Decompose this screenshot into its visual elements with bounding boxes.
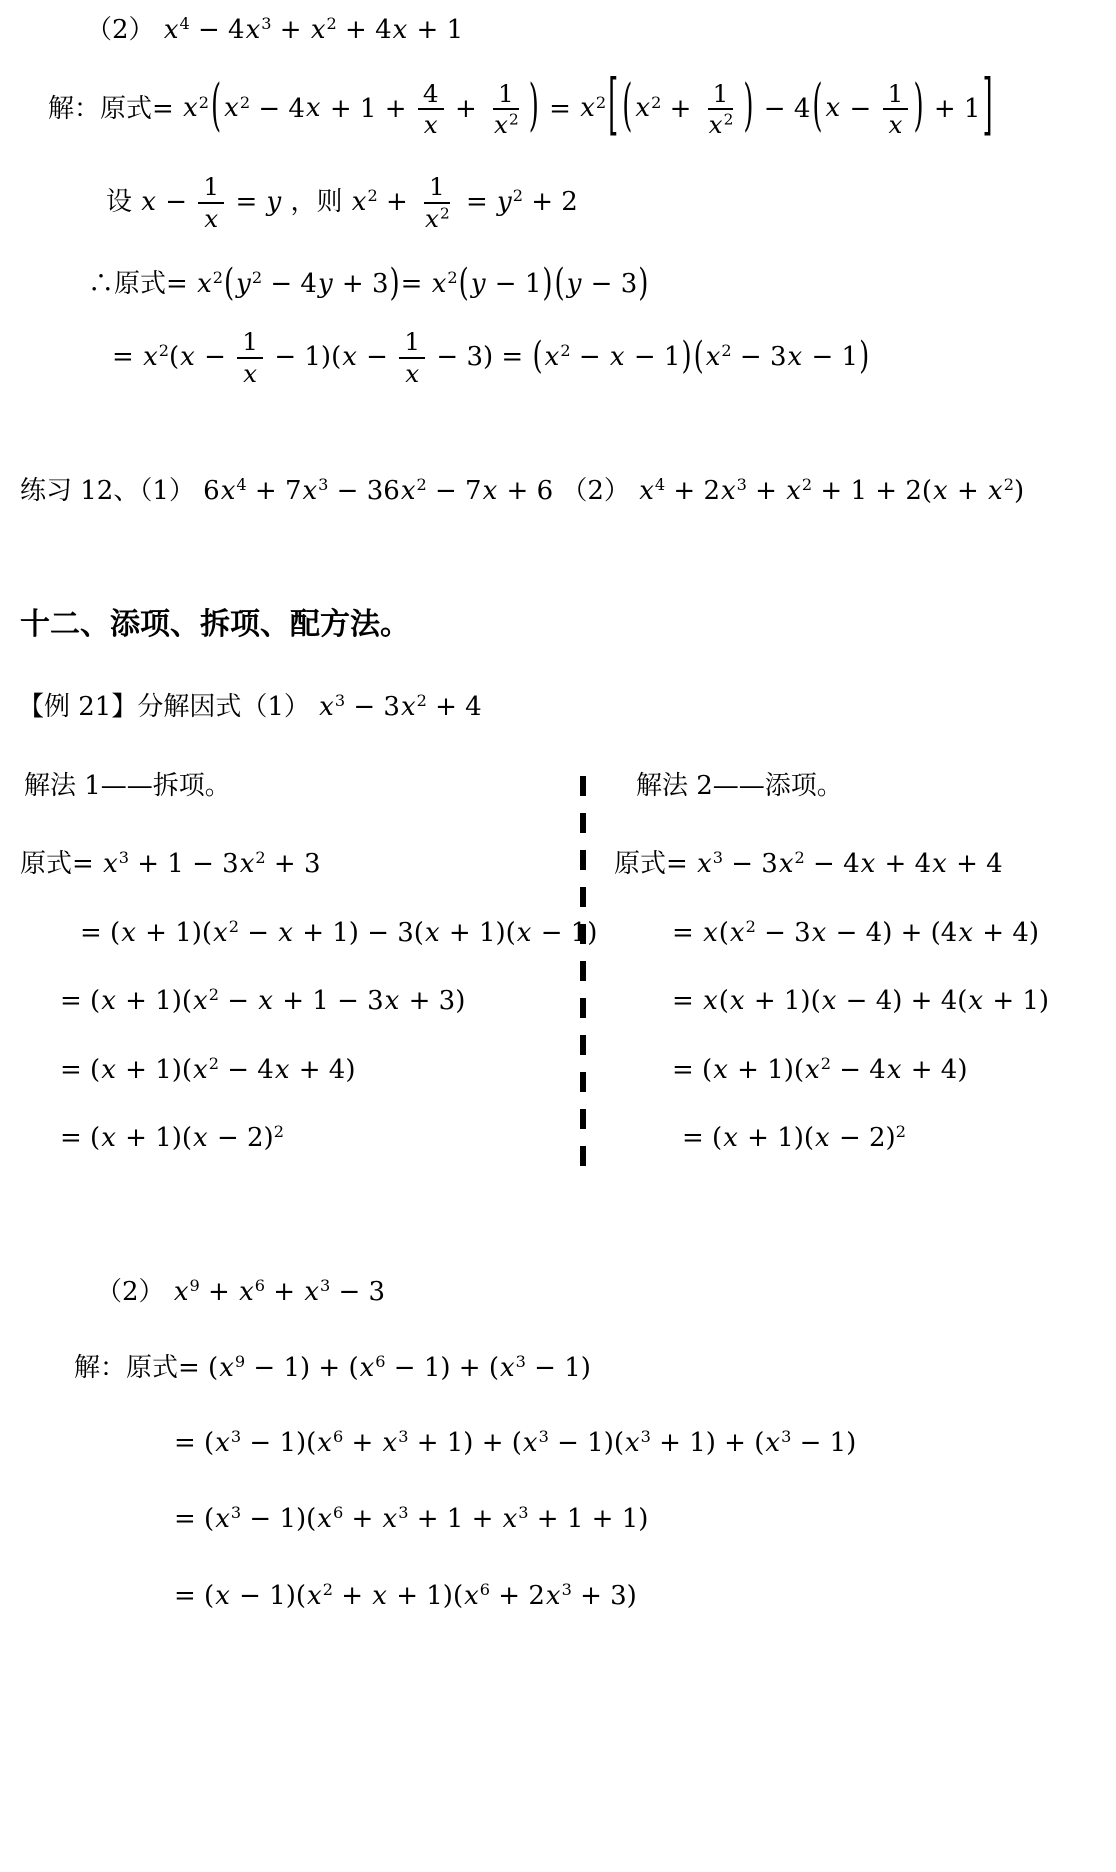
method-2-step: = x(x2 − 3x − 4) + (4x + 4) [672,917,1116,950]
method-1-column: 解法 1——拆项。 原式= x3 + 1 − 3x2 + 3 = (x + 1)… [20,770,560,1155]
solution-x9-step-1: 解：原式= (x9 − 1) + (x6 − 1) + (x3 − 1) [74,1352,1116,1385]
solution-x4-step-2: 设 x − 1x = y ，则 x2 + 1x2 = y2 + 2 [106,174,1116,232]
method-1-step: = (x + 1)(x2 − 4x + 4) [60,1054,560,1087]
solution-x9-step-2: = (x3 − 1)(x6 + x3 + 1) + (x3 − 1)(x3 + … [174,1427,1116,1460]
column-divider [580,776,586,1168]
problem-2-x4-line: （2） x4 − 4x3 + x2 + 4x + 1 [86,14,1116,47]
example-21-part-2: （2） x9 + x6 + x3 − 3 解：原式= (x9 − 1) + (x… [0,1276,1116,1613]
method-2-step: = (x + 1)(x2 − 4x + 4) [672,1054,1116,1087]
problem-2-x9-line: （2） x9 + x6 + x3 − 3 [96,1276,1116,1309]
example-20-continued-section: （2） x4 − 4x3 + x2 + 4x + 1 解：原式= x2(x2 −… [0,14,1116,387]
method-1-step: = (x + 1)(x2 − x + 1 − 3x + 3) [60,985,560,1018]
method-2-step: 原式= x3 − 3x2 − 4x + 4x + 4 [614,848,1116,881]
exercise-12-line: 练习 12、（1） 6x4 + 7x3 − 36x2 − 7x + 6 （2） … [20,475,1116,508]
page: （2） x4 − 4x3 + x2 + 4x + 1 解：原式= x2(x2 −… [0,0,1116,1872]
method-1-step: = (x + 1)(x − 2)2 [60,1122,560,1155]
solution-x4-step-4: = x2(x − 1x − 1)(x − 1x − 3) = (x2 − x −… [112,329,1116,387]
section-12-heading: 十二、添项、拆项、配方法。 [20,599,1116,643]
method-2-title: 解法 2——添项。 [636,770,1116,803]
method-2-step: = x(x + 1)(x − 4) + 4(x + 1) [672,985,1116,1018]
method-2-step: = (x + 1)(x − 2)2 [682,1122,1116,1155]
example-21-line: 【例 21】分解因式（1） x3 − 3x2 + 4 [18,691,1116,724]
two-column-solutions: 解法 1——拆项。 原式= x3 + 1 − 3x2 + 3 = (x + 1)… [20,770,1116,1168]
solution-x4-step-3: ∴原式= x2(y2 − 4y + 3)= x2(y − 1)(y − 3) [88,268,1116,301]
section-12: 十二、添项、拆项、配方法。 【例 21】分解因式（1） x3 − 3x2 + 4… [0,599,1116,1612]
solution-x9-step-4: = (x − 1)(x2 + x + 1)(x6 + 2x3 + 3) [174,1580,1116,1613]
method-1-title: 解法 1——拆项。 [24,770,560,803]
solution-x4-step-1: 解：原式= x2(x2 − 4x + 1 + 4x + 1x2) = x2[(x… [48,81,1116,139]
solution-x9-step-3: = (x3 − 1)(x6 + x3 + 1 + x3 + 1 + 1) [174,1503,1116,1536]
method-1-step: = (x + 1)(x2 − x + 1) − 3(x + 1)(x − 1) [80,917,560,950]
method-2-column: 解法 2——添项。 原式= x3 − 3x2 − 4x + 4x + 4 = x… [606,770,1116,1155]
method-1-step: 原式= x3 + 1 − 3x2 + 3 [20,848,560,881]
